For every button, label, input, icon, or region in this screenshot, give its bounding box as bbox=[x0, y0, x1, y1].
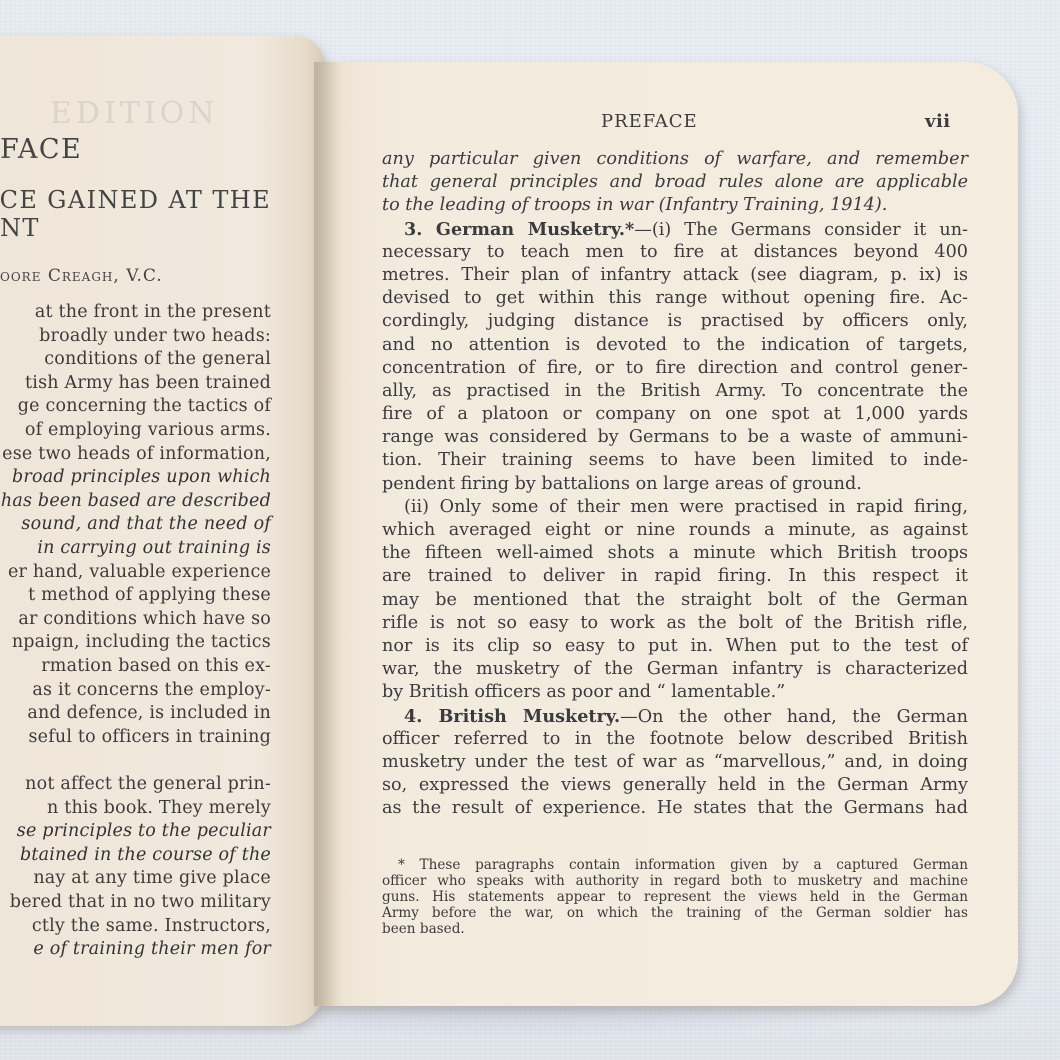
section-heading: 3. German Musketry.* bbox=[404, 219, 634, 240]
left-text-line: er hand, valuable experience bbox=[8, 562, 271, 582]
left-text-line: ar conditions which have so bbox=[18, 609, 271, 629]
text-line: musketry under the test of war as “marve… bbox=[382, 751, 968, 774]
text-line: necessary to teach men to fire at distan… bbox=[382, 241, 968, 264]
text-line: war, the musketry of the German infantry… bbox=[382, 658, 968, 681]
footnote-line: guns. His statements appear to represent… bbox=[382, 889, 968, 905]
text-line: may be mentioned that the straight bolt … bbox=[382, 589, 968, 612]
left-text-line: seful to officers in training bbox=[28, 727, 271, 747]
text-line: by British officers as poor and “ lament… bbox=[382, 681, 968, 704]
left-text-line: btained in the course of the bbox=[20, 845, 271, 865]
left-text-line: npaign, including the tactics bbox=[12, 632, 271, 652]
line-text: as the result of experience. He states t… bbox=[382, 798, 968, 818]
footnote-line: officer who speaks with authority in reg… bbox=[382, 873, 968, 889]
text-line: to the leading of troops in war (Infantr… bbox=[382, 194, 968, 217]
line-text: musketry under the test of war as “marve… bbox=[382, 752, 968, 772]
left-text-line: and defence, is included in bbox=[27, 703, 271, 723]
line-text: rifle is not so easy to work as the bolt… bbox=[382, 613, 968, 633]
page-number: vii bbox=[925, 111, 951, 132]
line-text: that general principles and broad rules … bbox=[382, 172, 968, 192]
left-text-line: broad principles upon which bbox=[12, 467, 271, 487]
text-line: and no attention is devoted to the indic… bbox=[382, 334, 968, 357]
footnote-line: been based. bbox=[382, 921, 968, 937]
text-line: 3. German Musketry.*—(i) The Germans con… bbox=[382, 218, 968, 241]
line-text: ally, as practised in the British Army. … bbox=[382, 381, 968, 401]
left-text-line: bered that in no two military bbox=[10, 892, 271, 912]
left-text-line: tish Army has been trained bbox=[25, 373, 271, 393]
line-text: devised to get within this range without… bbox=[382, 288, 968, 308]
left-text-line: se principles to the peculiar bbox=[17, 821, 271, 841]
line-text: may be mentioned that the straight bolt … bbox=[382, 590, 968, 610]
line-text: any particular given conditions of warfa… bbox=[382, 149, 968, 169]
footnote: * These paragraphs contain information g… bbox=[382, 857, 968, 937]
line-text: are trained to deliver in rapid firing. … bbox=[382, 566, 968, 586]
text-line: which averaged eight or nine rounds a mi… bbox=[382, 519, 968, 542]
text-line: cordingly, judging distance is practised… bbox=[382, 310, 968, 333]
line-text: cordingly, judging distance is practised… bbox=[382, 311, 968, 331]
text-line: fire of a platoon or company on one spot… bbox=[382, 403, 968, 426]
line-text: range was considered by Germans to be a … bbox=[382, 427, 968, 447]
line-text: nor is its clip so easy to put in. When … bbox=[382, 636, 968, 656]
section-heading: 4. British Musketry. bbox=[404, 706, 620, 727]
text-line: are trained to deliver in rapid firing. … bbox=[382, 565, 968, 588]
left-text-line: conditions of the general bbox=[44, 349, 271, 369]
line-text: —(i) The Germans consider it un- bbox=[634, 220, 968, 240]
left-text-line: as it concerns the employ- bbox=[32, 680, 271, 700]
left-text-line: rmation based on this ex- bbox=[41, 656, 271, 676]
left-text-line: n this book. They merely bbox=[47, 798, 271, 818]
left-text-line: at the front in the present bbox=[35, 302, 271, 322]
text-line: concentration of fire, or to fire direct… bbox=[382, 357, 968, 380]
left-text-line: has been based are described bbox=[1, 491, 271, 511]
line-text: pendent firing by battalions on large ar… bbox=[382, 474, 862, 494]
text-line: rifle is not so easy to work as the bolt… bbox=[382, 612, 968, 635]
text-line: as the result of experience. He states t… bbox=[382, 797, 968, 820]
line-text: the fifteen well-aimed shots a minute wh… bbox=[382, 543, 968, 563]
text-line: ally, as practised in the British Army. … bbox=[382, 380, 968, 403]
left-text-line: t method of applying these bbox=[28, 585, 271, 605]
line-text: and no attention is devoted to the indic… bbox=[382, 335, 968, 355]
text-line: so, expressed the views generally held i… bbox=[382, 774, 968, 797]
left-subheading-2: NT bbox=[0, 214, 40, 242]
line-text: metres. Their plan of infantry attack (s… bbox=[382, 265, 968, 285]
right-page: PREFACE vii any particular given conditi… bbox=[318, 62, 1018, 1006]
right-body-text: any particular given conditions of warfa… bbox=[382, 148, 968, 820]
left-text-line: e of training their men for bbox=[33, 939, 271, 959]
line-text: officer referred to in the footnote belo… bbox=[382, 729, 968, 749]
line-text: —On the other hand, the German bbox=[620, 707, 968, 727]
left-subheading-1: NCE GAINED AT THE bbox=[0, 186, 271, 214]
left-text-line: ctly the same. Instructors, bbox=[32, 916, 271, 936]
text-line: pendent firing by battalions on large ar… bbox=[382, 473, 968, 496]
line-text: war, the musketry of the German infantry… bbox=[382, 659, 968, 679]
running-head: PREFACE vii bbox=[318, 111, 1018, 135]
left-text-line: broadly under two heads: bbox=[39, 326, 271, 346]
left-author: oore Creagh, V.C. bbox=[0, 266, 163, 286]
line-text: tion. Their training seems to have been … bbox=[382, 450, 968, 470]
line-text: fire of a platoon or company on one spot… bbox=[382, 404, 968, 424]
text-line: (ii) Only some of their men were practis… bbox=[382, 496, 968, 519]
line-text: (ii) Only some of their men were practis… bbox=[404, 497, 968, 517]
line-text: so, expressed the views generally held i… bbox=[382, 775, 968, 795]
text-line: metres. Their plan of infantry attack (s… bbox=[382, 264, 968, 287]
left-text-line: ese two heads of information, bbox=[2, 444, 271, 464]
text-line: any particular given conditions of warfa… bbox=[382, 148, 968, 171]
text-line: the fifteen well-aimed shots a minute wh… bbox=[382, 542, 968, 565]
left-text-line: nay at any time give place bbox=[33, 868, 271, 888]
text-line: tion. Their training seems to have been … bbox=[382, 449, 968, 472]
text-line: that general principles and broad rules … bbox=[382, 171, 968, 194]
text-line: range was considered by Germans to be a … bbox=[382, 426, 968, 449]
line-text: by British officers as poor and “ lament… bbox=[382, 682, 785, 702]
show-through-text: EDITION bbox=[50, 96, 219, 131]
line-text: to the leading of troops in war (Infantr… bbox=[382, 195, 887, 215]
footnote-line: * These paragraphs contain information g… bbox=[382, 857, 968, 873]
left-text-line: of employing various arms. bbox=[25, 420, 271, 440]
gutter-shadow bbox=[314, 62, 338, 1006]
left-text-line: in carrying out training is bbox=[37, 538, 271, 558]
text-line: devised to get within this range without… bbox=[382, 287, 968, 310]
line-text: which averaged eight or nine rounds a mi… bbox=[382, 520, 968, 540]
text-line: 4. British Musketry.—On the other hand, … bbox=[382, 705, 968, 728]
line-text: concentration of fire, or to fire direct… bbox=[382, 358, 968, 378]
left-heading: FACE bbox=[0, 134, 82, 165]
footnote-line: Army before the war, on which the traini… bbox=[382, 905, 968, 921]
line-text: necessary to teach men to fire at distan… bbox=[382, 242, 968, 262]
left-page: EDITION FACE NCE GAINED AT THE NT oore C… bbox=[0, 36, 325, 1026]
left-text-line: ge concerning the tactics of bbox=[18, 396, 271, 416]
left-text-line: not affect the general prin- bbox=[25, 774, 271, 794]
text-line: officer referred to in the footnote belo… bbox=[382, 728, 968, 751]
running-title: PREFACE bbox=[601, 111, 698, 132]
left-text-line: sound, and that the need of bbox=[21, 514, 271, 534]
text-line: nor is its clip so easy to put in. When … bbox=[382, 635, 968, 658]
